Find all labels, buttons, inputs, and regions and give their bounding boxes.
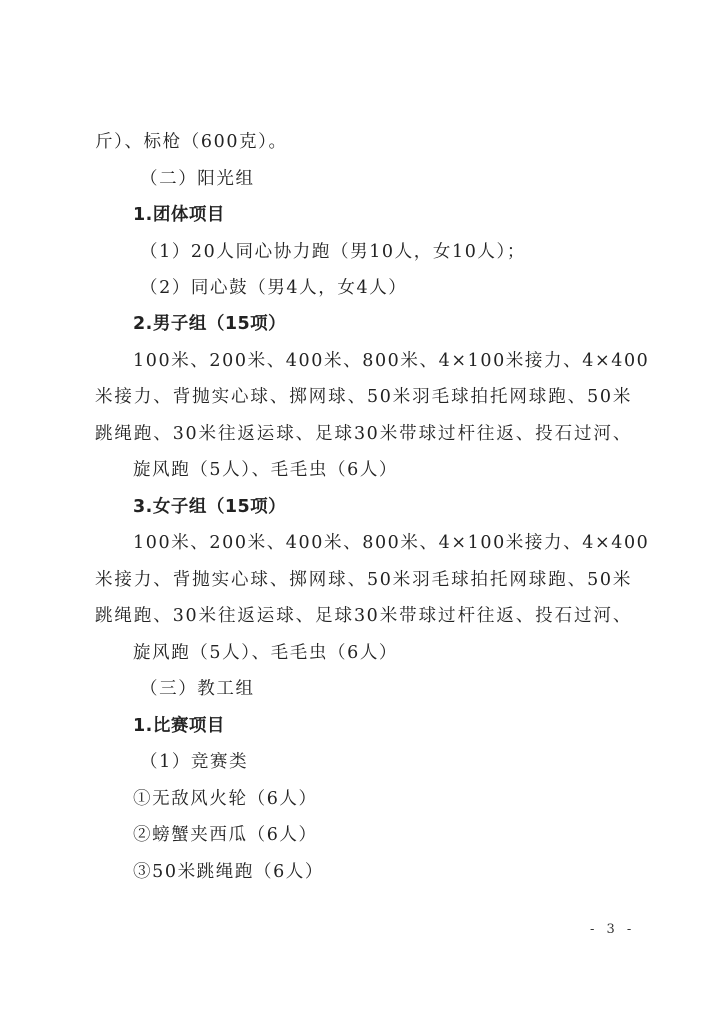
list-item-competition-category: （1）竞赛类 [140, 744, 680, 780]
womens-events-line-4: 旋风跑（5人）、毛毛虫（6人） [133, 635, 673, 671]
list-item-drum: （2）同心鼓（男4人，女4人） [140, 270, 680, 306]
list-item-rope-skip-run: ③50米跳绳跑（6人） [133, 854, 673, 890]
mens-events-line-1: 100米、200米、400米、800米、4×100米接力、4×400 [133, 343, 632, 379]
section-heading-sunshine-group: （二）阳光组 [140, 161, 680, 197]
section-heading-staff-group: （三）教工组 [140, 671, 680, 707]
list-item-wind-fire-wheel: ①无敌风火轮（6人） [133, 781, 673, 817]
paragraph-continuation: 斤）、标枪（600克）。 [95, 124, 635, 160]
womens-events-line-1: 100米、200米、400米、800米、4×100米接力、4×400 [133, 525, 632, 561]
womens-events-line-3: 跳绳跑、30米往返运球、足球30米带球过杆往返、投石过河、 [95, 598, 632, 634]
document-page: 斤）、标枪（600克）。 （二）阳光组 1.团体项目 （1）20人同心协力跑（男… [0, 0, 720, 1018]
subheading-competition-events: 1.比赛项目 [133, 708, 673, 744]
page-number: - 3 - [590, 922, 635, 937]
list-item-team-run: （1）20人同心协力跑（男10人，女10人）； [140, 234, 680, 270]
womens-events-line-2: 米接力、背抛实心球、掷网球、50米羽毛球拍托网球跑、50米 [95, 562, 632, 598]
subheading-team-events: 1.团体项目 [133, 197, 673, 233]
list-item-crab-watermelon: ②螃蟹夹西瓜（6人） [133, 817, 673, 853]
mens-events-line-3: 跳绳跑、30米往返运球、足球30米带球过杆往返、投石过河、 [95, 416, 632, 452]
mens-events-line-4: 旋风跑（5人）、毛毛虫（6人） [133, 452, 673, 488]
subheading-womens-group: 3.女子组（15项） [133, 489, 673, 525]
mens-events-line-2: 米接力、背抛实心球、掷网球、50米羽毛球拍托网球跑、50米 [95, 379, 632, 415]
subheading-mens-group: 2.男子组（15项） [133, 306, 673, 342]
